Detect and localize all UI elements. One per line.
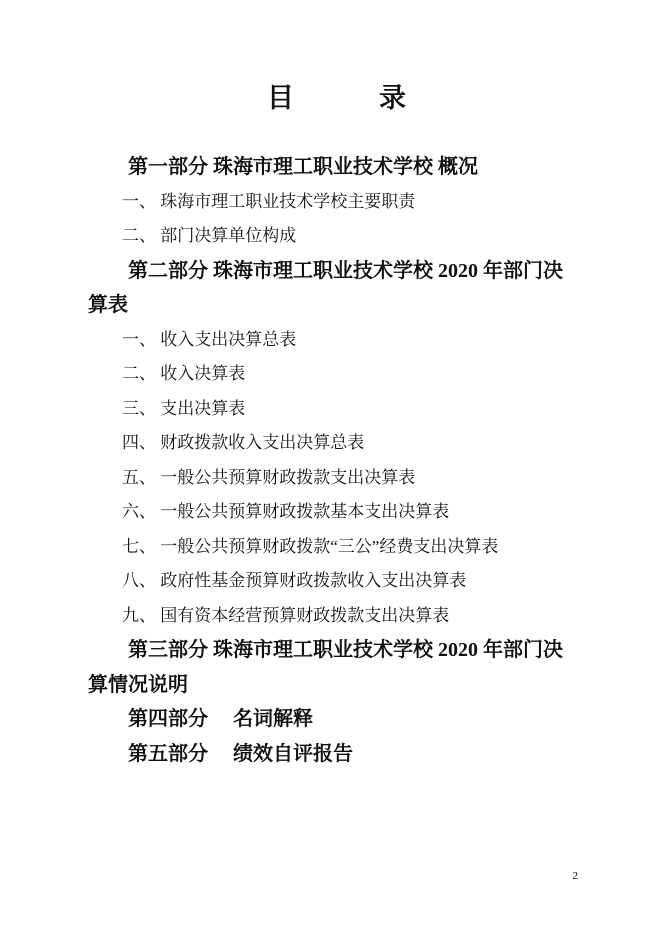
toc-item: 二、 部门决算单位构成: [88, 219, 586, 254]
toc-item: 九、 国有资本经营预算财政拨款支出决算表: [88, 599, 586, 634]
page-title: 目 录: [88, 76, 586, 120]
toc-section-heading: 第一部分 珠海市理工职业技术学校 概况: [88, 150, 586, 185]
toc-item: 二、 收入决算表: [88, 357, 586, 392]
toc-item: 七、 一般公共预算财政拨款“三公”经费支出决算表: [88, 530, 586, 565]
toc-item: 一、 收入支出决算总表: [88, 323, 586, 358]
toc-item: 一、 珠海市理工职业技术学校主要职责: [88, 185, 586, 220]
toc-item: 四、 财政拨款收入支出决算总表: [88, 426, 586, 461]
toc-section-heading: 第四部分 名词解释: [88, 702, 586, 737]
toc-item: 五、 一般公共预算财政拨款支出决算表: [88, 461, 586, 496]
toc-section-heading: 第二部分 珠海市理工职业技术学校 2020 年部门决 算表: [88, 254, 586, 323]
page-number: 2: [573, 871, 579, 882]
toc-item: 六、 一般公共预算财政拨款基本支出决算表: [88, 495, 586, 530]
document-page: 目 录 第一部分 珠海市理工职业技术学校 概况一、 珠海市理工职业技术学校主要职…: [0, 0, 662, 936]
toc-section-heading: 第三部分 珠海市理工职业技术学校 2020 年部门决 算情况说明: [88, 633, 586, 702]
toc-item: 三、 支出决算表: [88, 392, 586, 427]
toc-item: 八、 政府性基金预算财政拨款收入支出决算表: [88, 564, 586, 599]
toc-list: 第一部分 珠海市理工职业技术学校 概况一、 珠海市理工职业技术学校主要职责二、 …: [88, 150, 586, 771]
toc-section-heading: 第五部分 绩效自评报告: [88, 737, 586, 772]
